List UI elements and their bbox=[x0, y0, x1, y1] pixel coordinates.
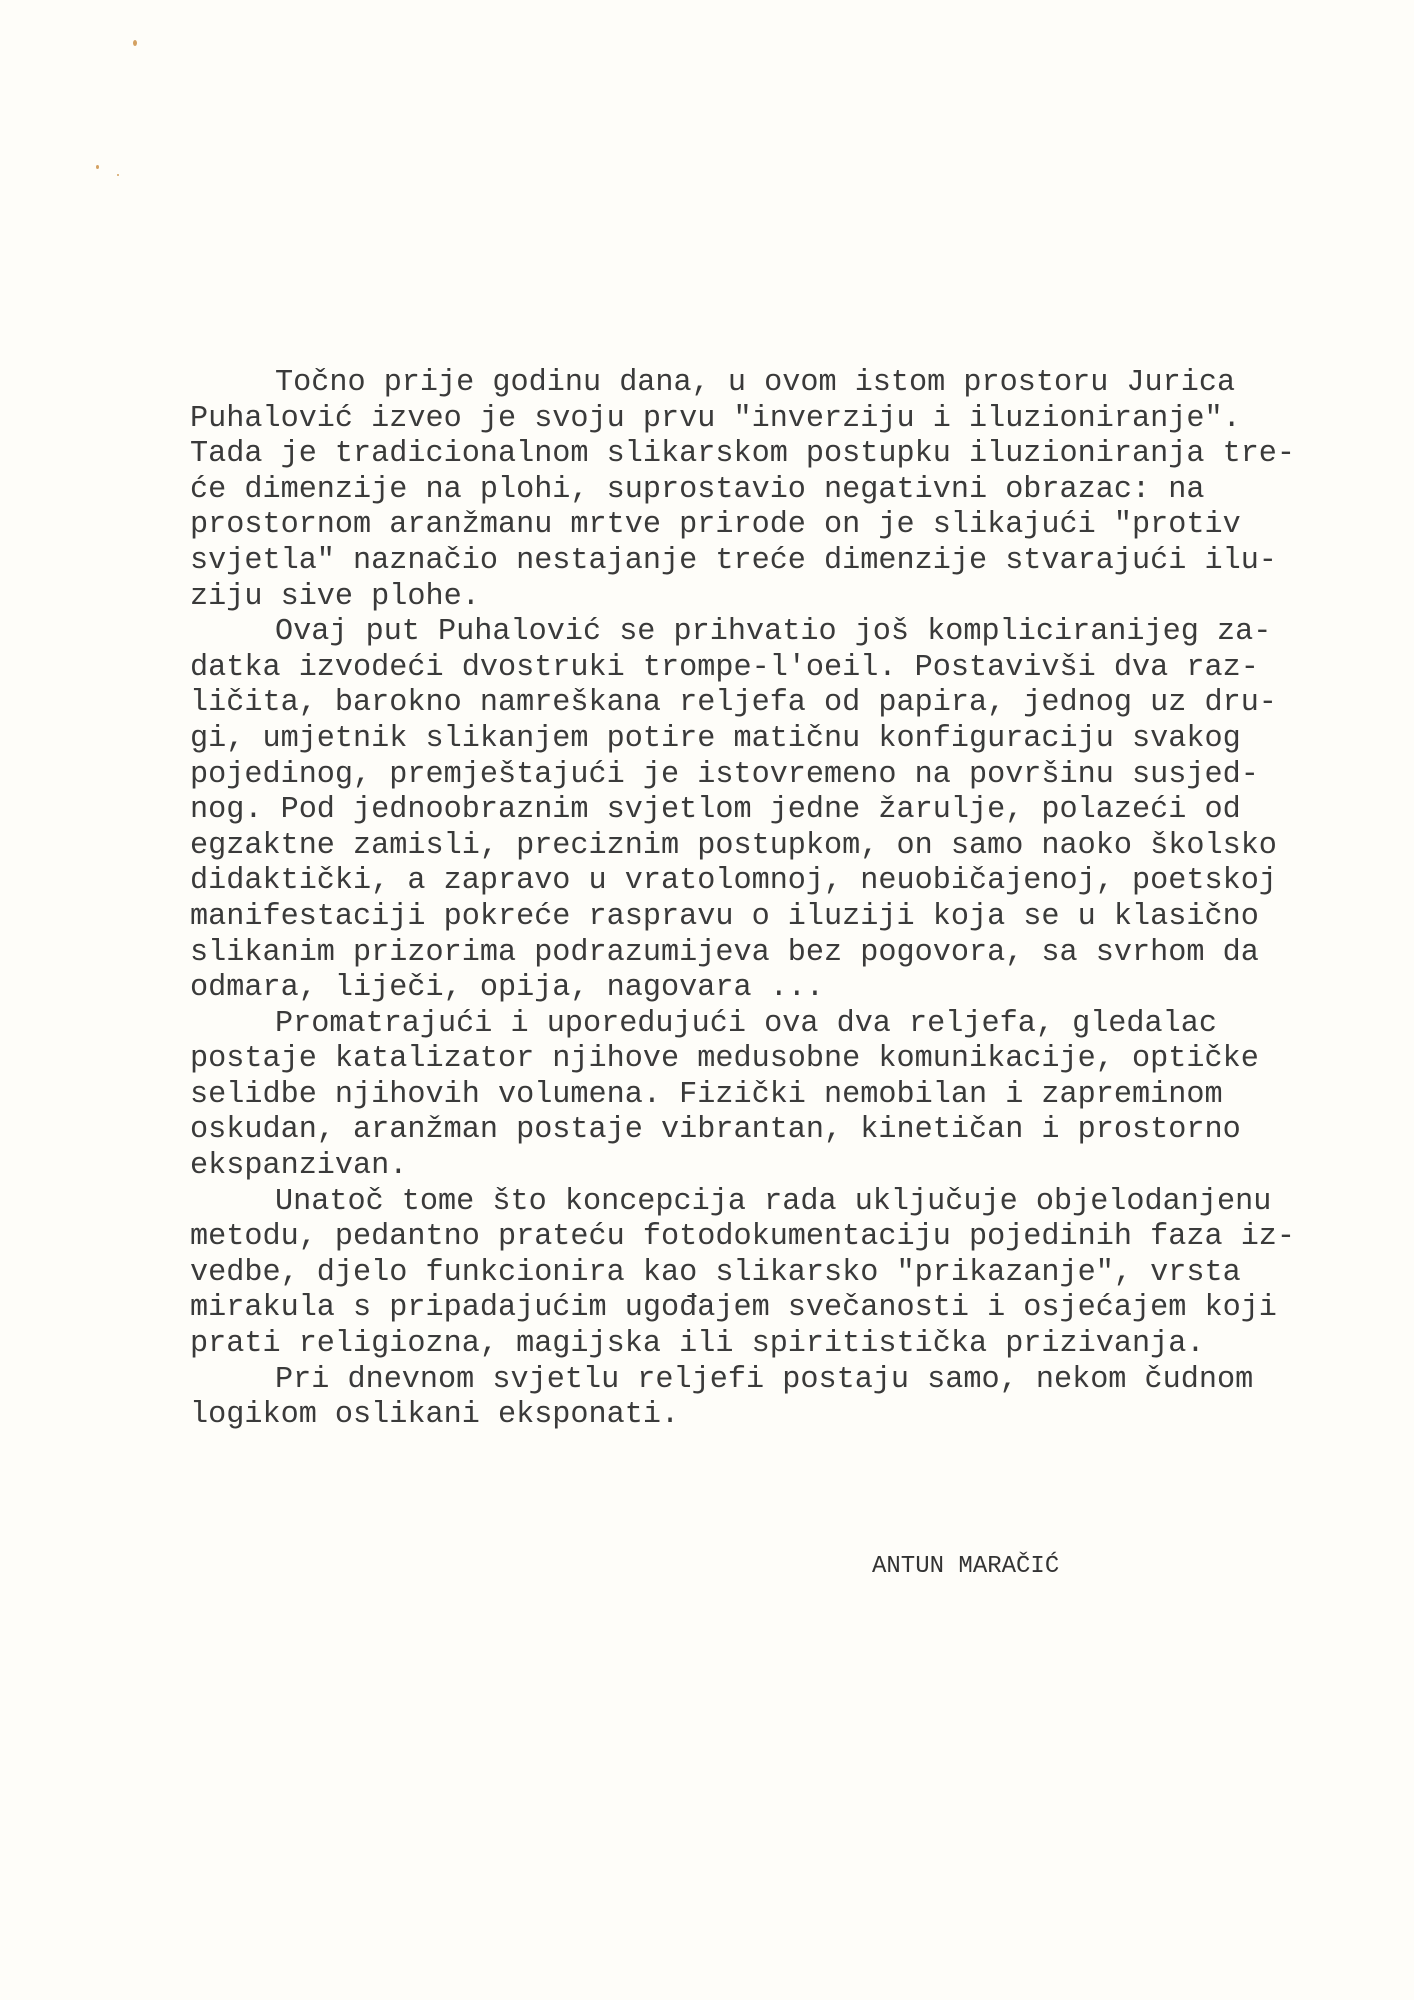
text-line: svjetla" naznačio nestajanje treće dimen… bbox=[190, 544, 1290, 580]
text-line: manifestaciji pokreće raspravu o iluziji… bbox=[190, 900, 1290, 936]
text-line: slikanim prizorima podrazumijeva bez pog… bbox=[190, 936, 1290, 972]
text-line: selidbe njihovih volumena. Fizički nemob… bbox=[190, 1078, 1290, 1114]
text-line: Unatoč tome što koncepcija rada uključuj… bbox=[190, 1185, 1290, 1221]
text-line: datka izvodeći dvostruki trompe-l'oeil. … bbox=[190, 651, 1290, 687]
document-body: Točno prije godinu dana, u ovom istom pr… bbox=[190, 366, 1290, 1434]
text-line: ziju sive plohe. bbox=[190, 580, 1290, 616]
text-line: nog. Pod jednoobraznim svjetlom jedne ža… bbox=[190, 793, 1290, 829]
text-line: ličita, barokno namreškana reljefa od pa… bbox=[190, 686, 1290, 722]
paragraph: Pri dnevnom svjetlu reljefi postaju samo… bbox=[190, 1363, 1290, 1434]
text-line: Tada je tradicionalnom slikarskom postup… bbox=[190, 437, 1290, 473]
text-line: didaktički, a zapravo u vratolomnoj, neu… bbox=[190, 864, 1290, 900]
text-line: metodu, pedantno prateću fotodokumentaci… bbox=[190, 1220, 1290, 1256]
paragraph: Unatoč tome što koncepcija rada uključuj… bbox=[190, 1185, 1290, 1363]
text-line: mirakula s pripadajućim ugođajem svečano… bbox=[190, 1291, 1290, 1327]
text-line: prostornom aranžmanu mrtve prirode on je… bbox=[190, 508, 1290, 544]
text-line: Točno prije godinu dana, u ovom istom pr… bbox=[190, 366, 1290, 402]
document-page: Točno prije godinu dana, u ovom istom pr… bbox=[0, 0, 1414, 2000]
paragraph: Promatrajući i uporedujući ova dva relje… bbox=[190, 1007, 1290, 1185]
text-line: logikom oslikani eksponati. bbox=[190, 1398, 1290, 1434]
text-line: Puhalović izveo je svoju prvu "inverziju… bbox=[190, 402, 1290, 438]
text-line: Promatrajući i uporedujući ova dva relje… bbox=[190, 1007, 1290, 1043]
text-line: će dimenzije na plohi, suprostavio negat… bbox=[190, 473, 1290, 509]
text-line: vedbe, djelo funkcionira kao slikarsko "… bbox=[190, 1256, 1290, 1292]
paper-stain bbox=[117, 174, 119, 176]
paragraph: Točno prije godinu dana, u ovom istom pr… bbox=[190, 366, 1290, 615]
paragraph: Ovaj put Puhalović se prihvatio još komp… bbox=[190, 615, 1290, 1007]
text-line: oskudan, aranžman postaje vibrantan, kin… bbox=[190, 1113, 1290, 1149]
text-line: postaje katalizator njihove medusobne ko… bbox=[190, 1042, 1290, 1078]
text-line: gi, umjetnik slikanjem potire matičnu ko… bbox=[190, 722, 1290, 758]
text-line: egzaktne zamisli, preciznim postupkom, o… bbox=[190, 829, 1290, 865]
author-signature: ANTUN MARAČIĆ bbox=[872, 1553, 1059, 1580]
text-line: ekspanzivan. bbox=[190, 1149, 1290, 1185]
text-line: prati religiozna, magijska ili spiritist… bbox=[190, 1327, 1290, 1363]
text-line: Ovaj put Puhalović se prihvatio još komp… bbox=[190, 615, 1290, 651]
text-line: odmara, liječi, opija, nagovara ... bbox=[190, 971, 1290, 1007]
text-line: pojedinog, premještajući je istovremeno … bbox=[190, 758, 1290, 794]
text-line: Pri dnevnom svjetlu reljefi postaju samo… bbox=[190, 1363, 1290, 1399]
paper-stain bbox=[133, 40, 137, 46]
paper-stain bbox=[96, 165, 99, 169]
